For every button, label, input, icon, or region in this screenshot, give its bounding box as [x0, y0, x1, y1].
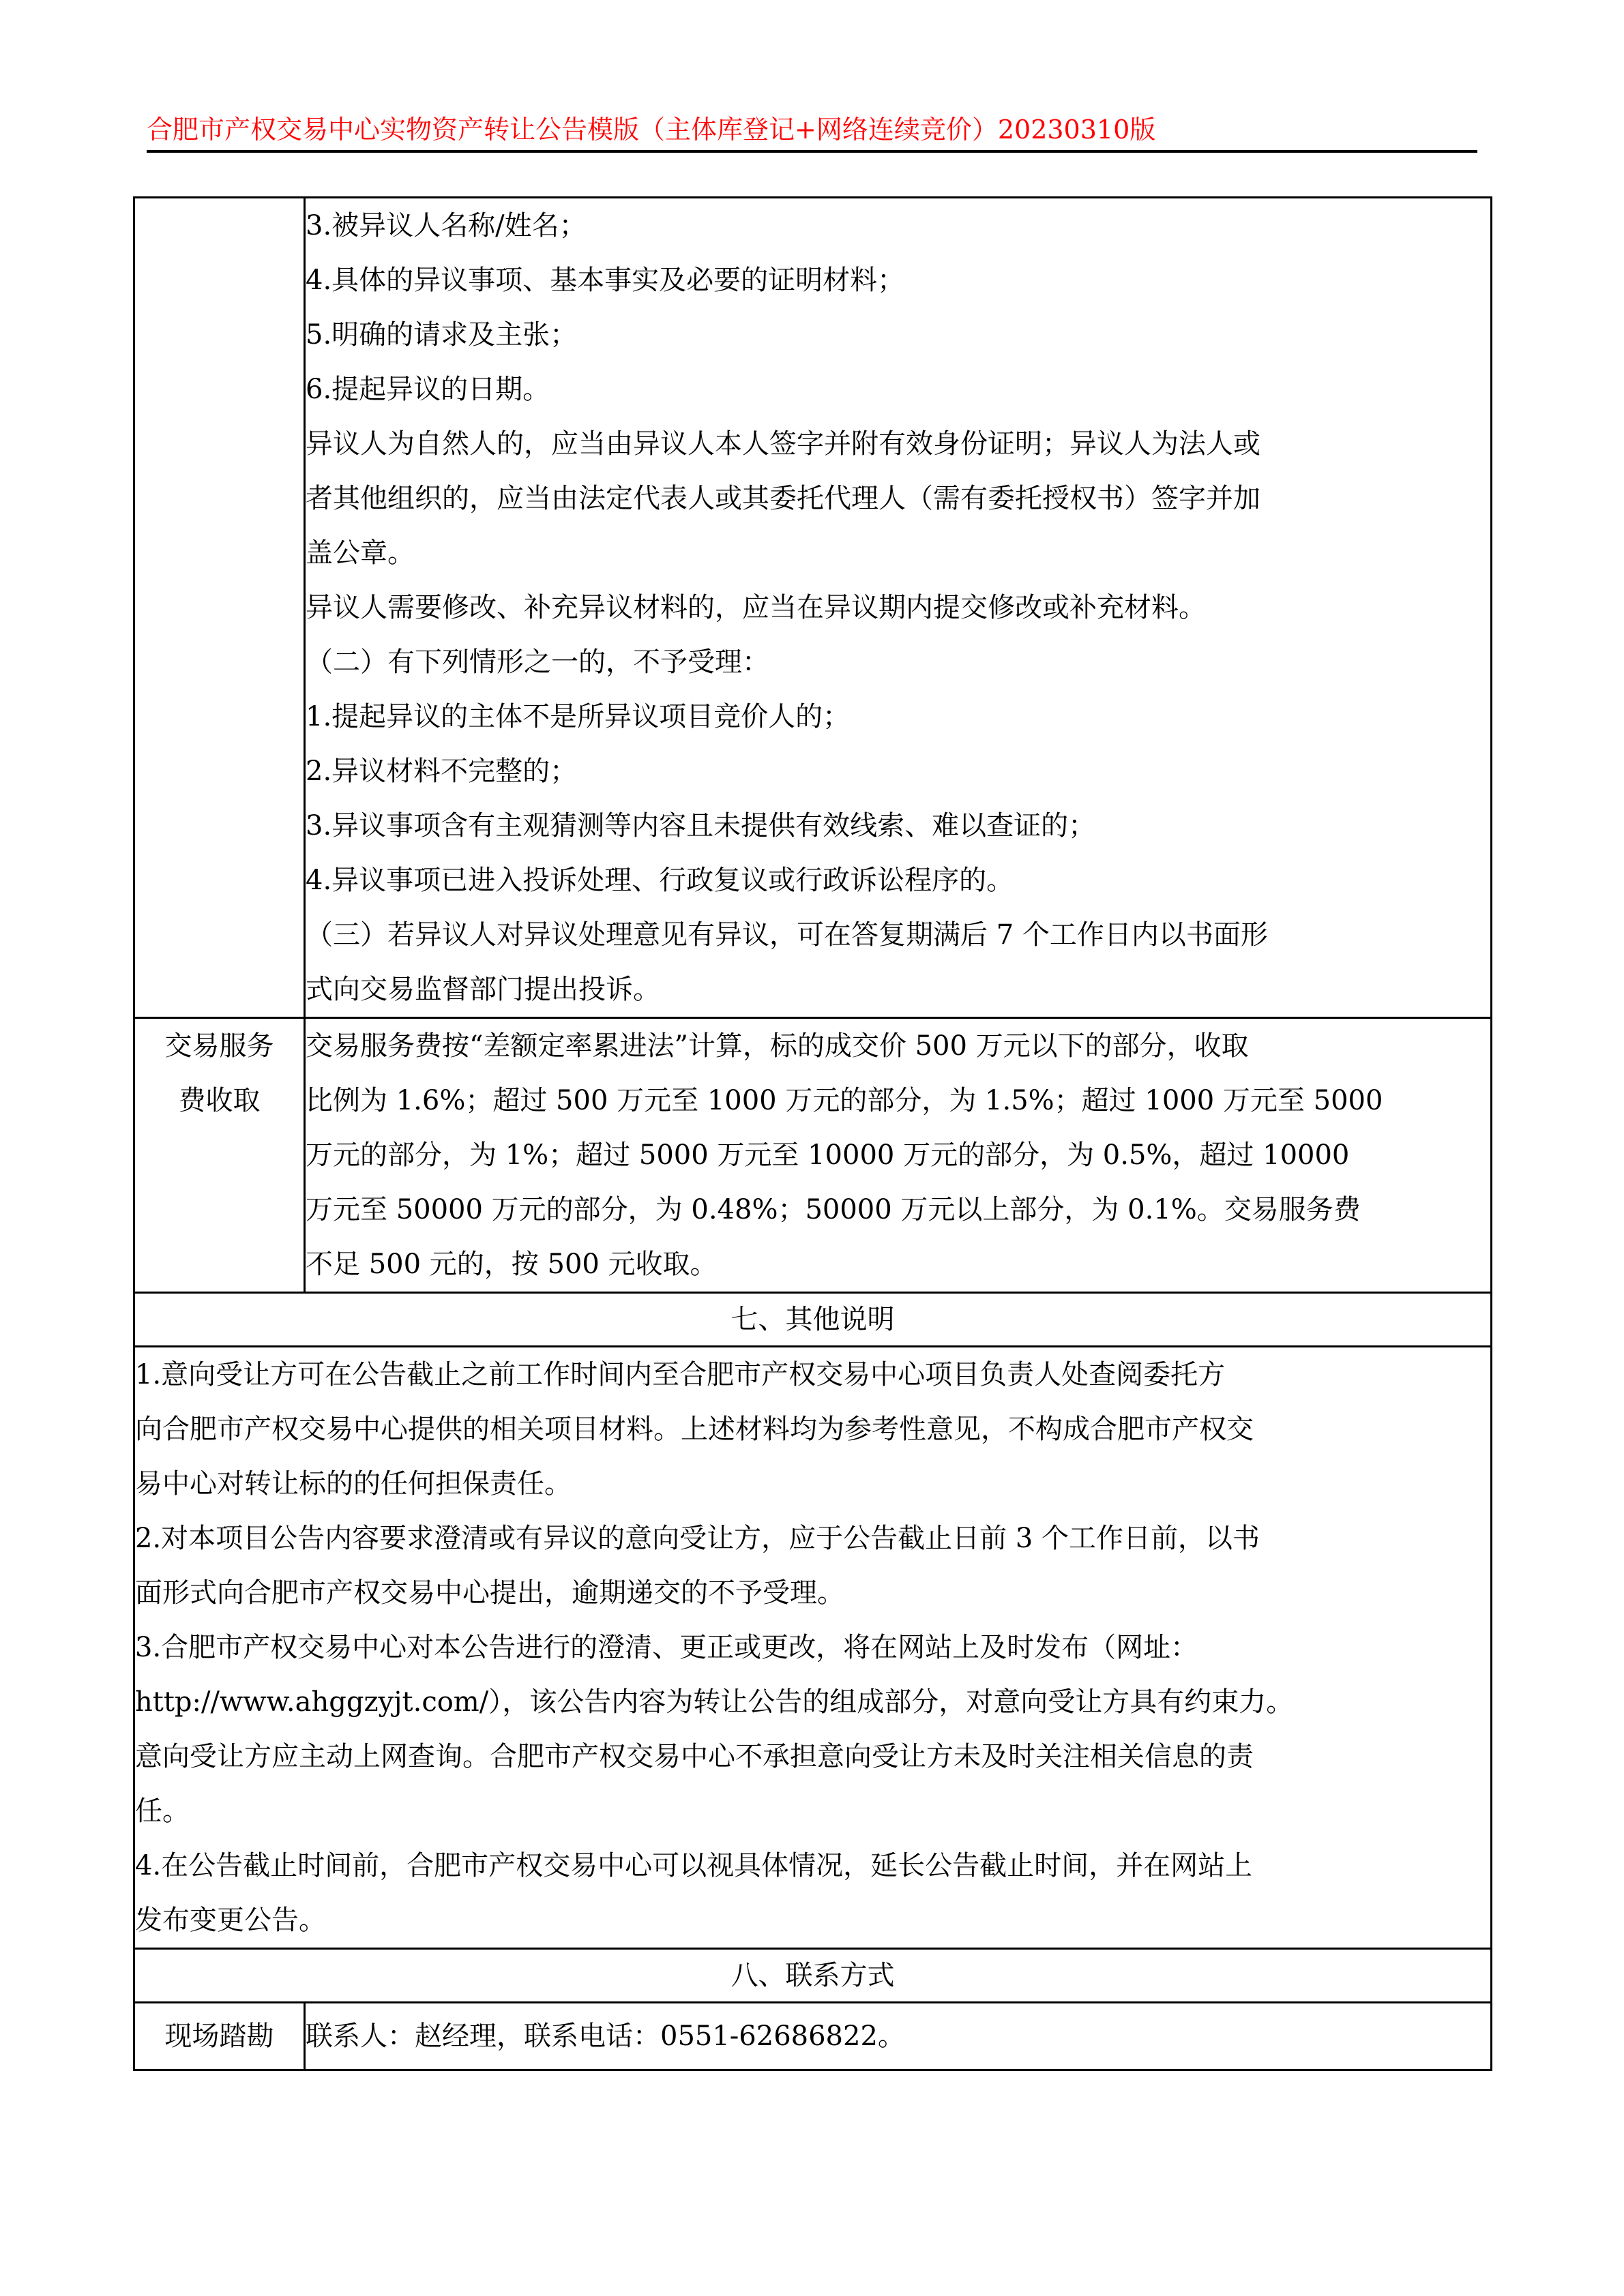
site-visit-contact-cell: 联系人：赵经理，联系电话：0551-62686822。 — [305, 2003, 1492, 2070]
header-divider — [147, 150, 1477, 153]
other-notes-row: 1.意向受让方可在公告截止之前工作时间内至合肥市产权交易中心项目负责人处查阅委托… — [134, 1347, 1492, 1949]
objection-line: （二）有下列情形之一的，不予受理： — [306, 635, 1490, 689]
service-fee-label-cell: 交易服务 费收取 — [134, 1018, 305, 1293]
website-url-line[interactable]: http://www.ahggzyjt.com/），该公告内容为转让公告的组成部… — [135, 1675, 1490, 1729]
fee-line: 万元的部分，为 1%；超过 5000 万元至 10000 万元的部分，为 0.5… — [306, 1128, 1490, 1182]
site-visit-label: 现场踏勘 — [155, 2009, 284, 2063]
fee-line: 比例为 1.6%；超过 500 万元至 1000 万元的部分，为 1.5%；超过… — [306, 1073, 1490, 1128]
note-line: 面形式向合肥市产权交易中心提出，逾期递交的不予受理。 — [135, 1566, 1490, 1620]
other-notes-content-cell: 1.意向受让方可在公告截止之前工作时间内至合肥市产权交易中心项目负责人处查阅委托… — [134, 1347, 1492, 1949]
section-heading-row-other: 七、其他说明 — [134, 1293, 1492, 1347]
objection-line: 者其他组织的，应当由法定代表人或其委托代理人（需有委托授权书）签字并加 — [306, 471, 1490, 526]
objection-row: 3.被异议人名称/姓名； 4.具体的异议事项、基本事实及必要的证明材料； 5.明… — [134, 198, 1492, 1018]
objection-line: 盖公章。 — [306, 526, 1490, 580]
service-fee-label-line2: 费收取 — [155, 1073, 284, 1128]
note-line: 易中心对转让标的的任何担保责任。 — [135, 1457, 1490, 1511]
note-line: 任。 — [135, 1784, 1490, 1838]
note-line: 发布变更公告。 — [135, 1893, 1490, 1948]
service-fee-row: 交易服务 费收取 交易服务费按“差额定率累进法”计算，标的成交价 500 万元以… — [134, 1018, 1492, 1293]
objection-line: （三）若异议人对异议处理意见有异议，可在答复期满后 7 个工作日内以书面形 — [306, 908, 1490, 962]
objection-line: 5.明确的请求及主张； — [306, 308, 1490, 362]
objection-line: 4.异议事项已进入投诉处理、行政复议或行政诉讼程序的。 — [306, 853, 1490, 908]
objection-line: 1.提起异议的主体不是所异议项目竞价人的； — [306, 689, 1490, 744]
objection-content-cell: 3.被异议人名称/姓名； 4.具体的异议事项、基本事实及必要的证明材料； 5.明… — [305, 198, 1492, 1018]
section-heading-other-notes: 七、其他说明 — [134, 1293, 1492, 1347]
objection-line: 3.异议事项含有主观猜测等内容且未提供有效线索、难以查证的； — [306, 799, 1490, 853]
service-fee-content-cell: 交易服务费按“差额定率累进法”计算，标的成交价 500 万元以下的部分，收取 比… — [305, 1018, 1492, 1293]
objection-line: 6.提起异议的日期。 — [306, 362, 1490, 417]
objection-line: 3.被异议人名称/姓名； — [306, 198, 1490, 253]
note-line: 3.合肥市产权交易中心对本公告进行的澄清、更正或更改，将在网站上及时发布（网址： — [135, 1620, 1490, 1675]
section-heading-contact: 八、联系方式 — [134, 1949, 1492, 2003]
objection-line: 异议人为自然人的，应当由异议人本人签字并附有效身份证明；异议人为法人或 — [306, 417, 1490, 471]
fee-line: 不足 500 元的，按 500 元收取。 — [306, 1237, 1490, 1292]
note-line: 2.对本项目公告内容要求澄清或有异议的意向受让方，应于公告截止日前 3 个工作日… — [135, 1511, 1490, 1566]
fee-line: 交易服务费按“差额定率累进法”计算，标的成交价 500 万元以下的部分，收取 — [306, 1019, 1490, 1073]
document-header-title: 合肥市产权交易中心实物资产转让公告模版（主体库登记+网络连续竞价）2023031… — [147, 113, 1477, 146]
objection-line: 式向交易监督部门提出投诉。 — [306, 962, 1490, 1017]
section-heading-row-contact: 八、联系方式 — [134, 1949, 1492, 2003]
objection-label-cell — [134, 198, 305, 1018]
note-line: 意向受让方应主动上网查询。合肥市产权交易中心不承担意向受让方未及时关注相关信息的… — [135, 1729, 1490, 1784]
site-visit-label-cell: 现场踏勘 — [134, 2003, 305, 2070]
fee-line: 万元至 50000 万元的部分，为 0.48%；50000 万元以上部分，为 0… — [306, 1182, 1490, 1237]
announcement-table: 3.被异议人名称/姓名； 4.具体的异议事项、基本事实及必要的证明材料； 5.明… — [133, 196, 1492, 2071]
site-visit-contact-text: 联系人：赵经理，联系电话：0551-62686822。 — [306, 2009, 1490, 2063]
objection-line: 2.异议材料不完整的； — [306, 744, 1490, 799]
objection-line: 4.具体的异议事项、基本事实及必要的证明材料； — [306, 253, 1490, 308]
note-line: 1.意向受让方可在公告截止之前工作时间内至合肥市产权交易中心项目负责人处查阅委托… — [135, 1347, 1490, 1402]
note-line: 向合肥市产权交易中心提供的相关项目材料。上述材料均为参考性意见，不构成合肥市产权… — [135, 1402, 1490, 1457]
note-line: 4.在公告截止时间前，合肥市产权交易中心可以视具体情况，延长公告截止时间，并在网… — [135, 1838, 1490, 1893]
site-visit-row: 现场踏勘 联系人：赵经理，联系电话：0551-62686822。 — [134, 2003, 1492, 2070]
objection-line: 异议人需要修改、补充异议材料的，应当在异议期内提交修改或补充材料。 — [306, 580, 1490, 635]
service-fee-label-line1: 交易服务 — [155, 1019, 284, 1073]
